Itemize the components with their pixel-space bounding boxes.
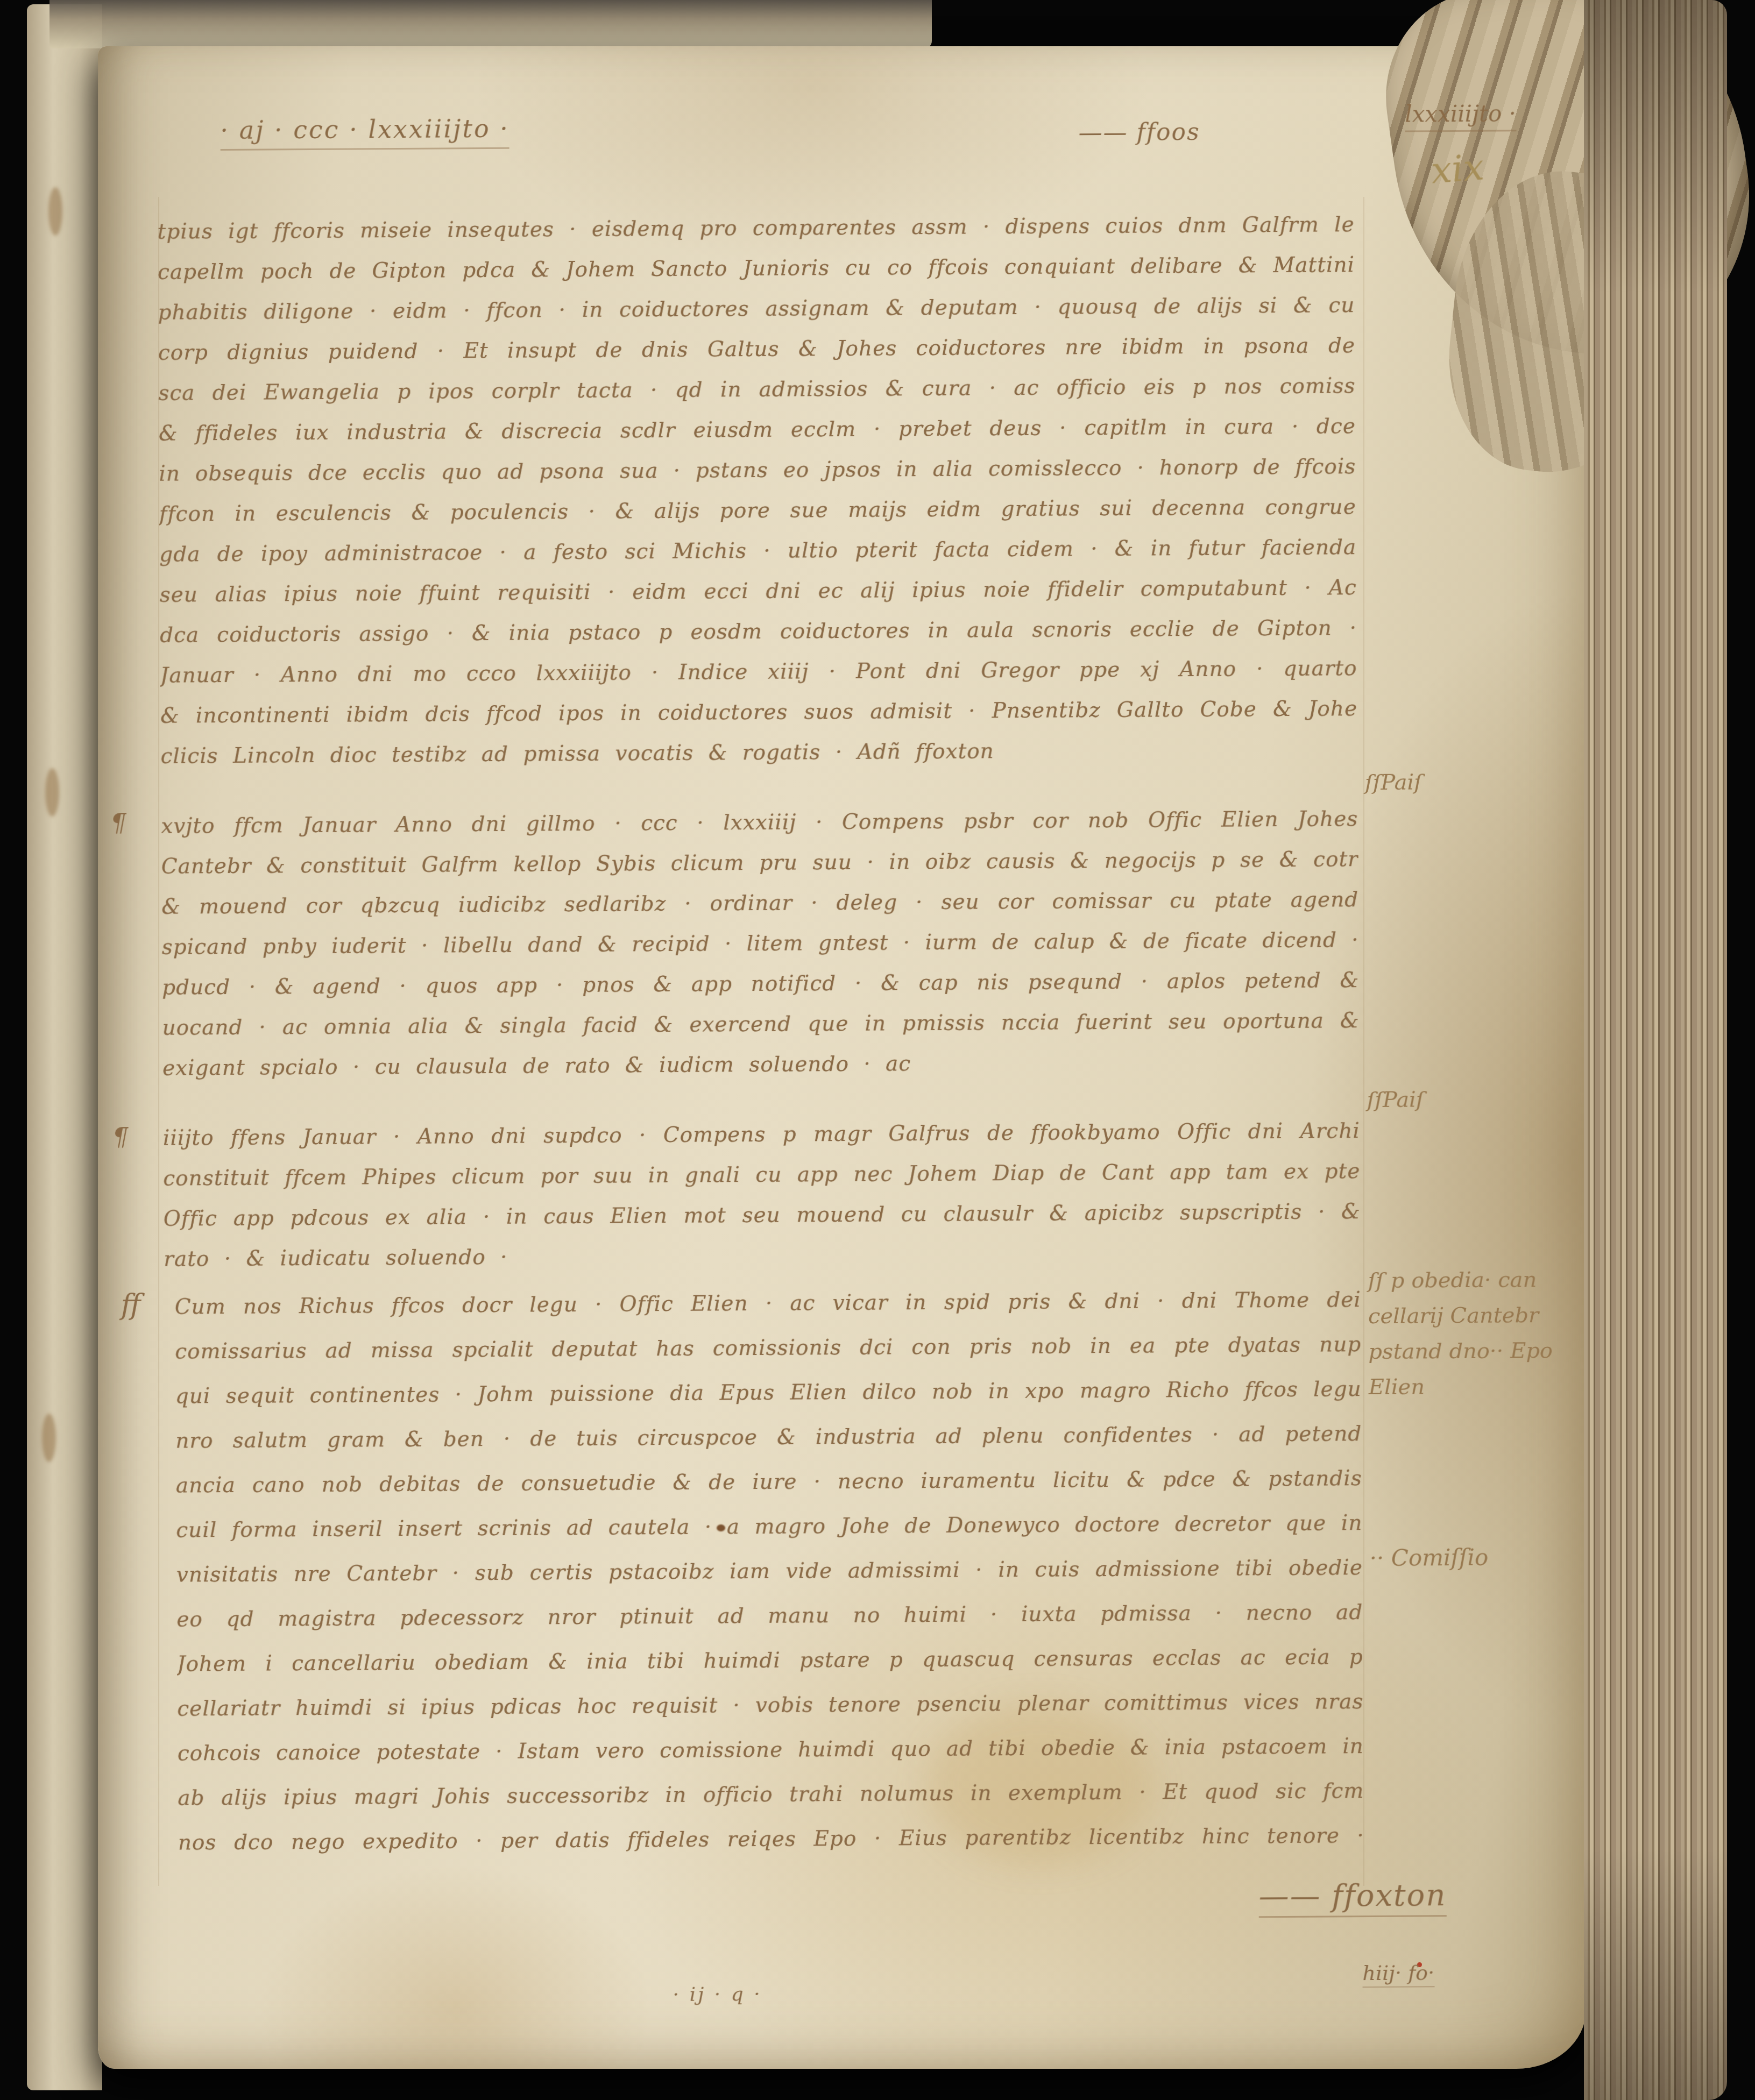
margin-note-pais-1: ſſPaiſ [1365, 769, 1607, 795]
handwriting-layer: · aj · ccc · lxxxiiijto · —— ffoos lxxxi… [92, 42, 1593, 2074]
manuscript-line: iiijto ffens Januar · Anno dni supdco · … [163, 1111, 1360, 1159]
manuscript-line: tpius igt ffcoris miseie insequtes · eis… [157, 204, 1354, 252]
manuscript-line: sca dei Ewangelia p ipos corplr tacta · … [158, 366, 1355, 414]
manuscript-line: ancia cano nob debitas de consuetudie & … [176, 1456, 1362, 1508]
margin-note-commission: ·· Comiſſio [1370, 1543, 1612, 1571]
quire-signature: · ij · q · [673, 1983, 762, 2006]
paragraph-mark: ff [121, 1289, 141, 1321]
manuscript-line: Offic app pdcous ex alia · in caus Elien… [164, 1191, 1361, 1239]
header-flourish-mark: —— ffoos [1078, 118, 1200, 146]
margin-note-obedience: ſſ p obedia· cancellarij Cantebrpstand d… [1368, 1261, 1611, 1405]
page-header-date: · aj · ccc · lxxxiiijto · [220, 114, 509, 151]
manuscript-line: exigant spcialo · cu clausula de rato & … [162, 1041, 1360, 1089]
manuscript-line: Johem i cancellariu obediam & inia tibi … [177, 1635, 1363, 1686]
entry-section-2: xvjto ffcm Januar Anno dni gillmo · ccc … [161, 799, 1360, 1089]
scribe-signature-foxton: —— ffoxton [1258, 1878, 1446, 1918]
margin-note-pais-2: ſſPaiſ [1367, 1086, 1609, 1112]
foliation-note: hiij· fo· [1362, 1961, 1434, 1988]
margin-note-line: cellarij Cantebr [1368, 1297, 1610, 1334]
manuscript-line: nro salutm gram & ben · de tuis circuspc… [175, 1411, 1362, 1463]
previous-leaf-gutter-edge [27, 4, 102, 2090]
fore-edge-page-stack [1584, 0, 1727, 2100]
manuscript-line: Cum nos Richus ffcos docr legu · Offic E… [175, 1278, 1361, 1329]
folio-number: lxxxiiijto · [1405, 100, 1516, 132]
manuscript-line: corp dignius puidend · Et insupt de dnis… [158, 325, 1355, 373]
entry-section-3: iiijto ffens Januar · Anno dni supdco · … [163, 1111, 1361, 1280]
manuscript-line: uocand · ac omnia alia & singla facid & … [162, 1001, 1359, 1048]
manuscript-line: phabitis diligone · eidm · ffcon · in co… [158, 285, 1355, 333]
manuscript-line: comissarius ad missa spcialit deputat ha… [175, 1322, 1361, 1374]
gutter-ink-mark [42, 1414, 56, 1462]
folio-letter: xix [1430, 146, 1485, 192]
gutter-ink-mark [48, 187, 62, 236]
manuscript-line: ffcon in esculencis & poculencis · & ali… [159, 487, 1356, 535]
manuscript-line: spicand pnby iuderit · libellu dand & re… [161, 920, 1358, 968]
manuscript-line: seu alias ipius noie ffuint requisiti · … [159, 567, 1356, 615]
manuscript-line: & incontinenti ibidm dcis ffcod ipos in … [160, 689, 1357, 736]
manuscript-line: gda de ipoy administracoe · a festo sci … [159, 527, 1356, 575]
manuscript-line: vnisitatis nre Cantebr · sub certis psta… [176, 1545, 1363, 1597]
margin-note-line: ſſ p obedia· can [1368, 1261, 1610, 1299]
paragraph-mark: ¶ [110, 808, 126, 837]
book-top-edge [49, 0, 932, 48]
manuscript-line: & mouend cor qbzcuq iudicibz sedlaribz ·… [161, 879, 1358, 927]
manuscript-line: Cantebr & constituit Galfrm kellop Sybis… [161, 839, 1358, 887]
manuscript-line: pducd · & agend · quos app · pnos & app … [162, 960, 1359, 1008]
margin-note-line: pstand dno·· Epo [1368, 1332, 1610, 1370]
manuscript-line: cohcois canoice potestate · Istam vero c… [178, 1724, 1364, 1776]
manuscript-line: clicis Lincoln dioc testibz ad pmissa vo… [160, 729, 1357, 777]
paragraph-mark: ¶ [112, 1122, 129, 1151]
manuscript-line: ab alijs ipius magri Johis successoribz … [178, 1769, 1364, 1820]
manuscript-line: rato · & iudicatu soluendo · [164, 1232, 1361, 1280]
gutter-ink-mark [45, 768, 59, 817]
manuscript-line: qui sequit continentes · Johm puissione … [175, 1367, 1362, 1418]
manuscript-line: xvjto ffcm Januar Anno dni gillmo · ccc … [161, 799, 1358, 847]
margin-note-line: Elien [1369, 1368, 1611, 1405]
manuscript-line: cellariatr huimdi si ipius pdicas hoc re… [177, 1679, 1363, 1731]
manuscript-line: & ffideles iux industria & discrecia scd… [159, 406, 1356, 454]
manuscript-line: constituit ffcem Phipes clicum por suu i… [163, 1151, 1360, 1199]
manuscript-line: eo qd magistra pdecessorz nror ptinuit a… [176, 1590, 1363, 1642]
manuscript-line: Januar · Anno dni mo ccco lxxxiiijto · I… [160, 648, 1357, 696]
entry-section-4: Cum nos Richus ffcos docr legu · Offic E… [175, 1278, 1365, 1865]
manuscript-line: in obsequis dce ecclis quo ad psona sua … [159, 446, 1356, 494]
entry-section-1: tpius igt ffcoris miseie insequtes · eis… [157, 204, 1357, 777]
manuscript-line: dca coiductoris assigo · & inia pstaco p… [160, 608, 1357, 656]
manuscript-line: cuil forma inseril insert scrinis ad cau… [176, 1501, 1362, 1552]
manuscript-line: nos dco nego expedito · per datis ffidel… [178, 1813, 1364, 1865]
manuscript-line: capellm poch de Gipton pdca & Johem Sanc… [158, 245, 1355, 293]
manuscript-photo: · aj · ccc · lxxxiiijto · —— ffoos lxxxi… [0, 0, 1755, 2100]
